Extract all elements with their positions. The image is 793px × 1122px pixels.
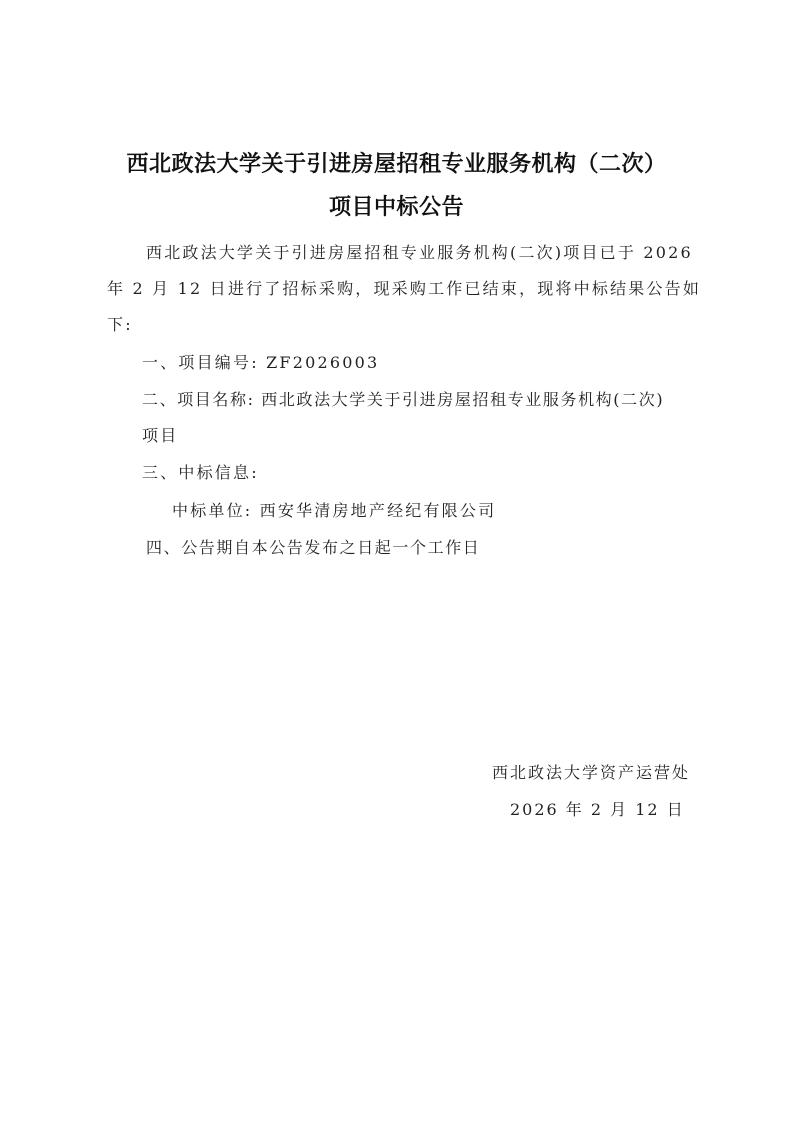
- item-project-number: 一、项目编号: ZF2026003: [142, 350, 379, 373]
- signature-date: 2026 年 2 月 12 日: [510, 797, 685, 820]
- item-bid-info: 三、中标信息:: [142, 460, 259, 483]
- item-announcement-period: 四、公告期自本公告发布之日起一个工作日: [146, 535, 480, 558]
- document-page: 西北政法大学关于引进房屋招租专业服务机构（二次） 项目中标公告 西北政法大学关于…: [0, 0, 793, 1122]
- item-winning-bidder: 中标单位: 西安华清房地产经纪有限公司: [172, 498, 496, 521]
- intro-line3: 下:: [107, 312, 133, 335]
- intro-line2: 年 2 月 12 日进行了招标采购，现采购工作已结束，现将中标结果公告如: [107, 276, 701, 299]
- signature-org: 西北政法大学资产运营处: [492, 760, 690, 783]
- item-project-name: 二、项目名称: 西北政法大学关于引进房屋招租专业服务机构(二次): [142, 387, 664, 410]
- document-title-line1: 西北政法大学关于引进房屋招租专业服务机构（二次）: [0, 147, 793, 178]
- item-project-name-continuation: 项目: [142, 423, 178, 446]
- intro-line1: 西北政法大学关于引进房屋招租专业服务机构(二次)项目已于 2026: [146, 240, 693, 263]
- document-title-line2: 项目中标公告: [0, 190, 793, 221]
